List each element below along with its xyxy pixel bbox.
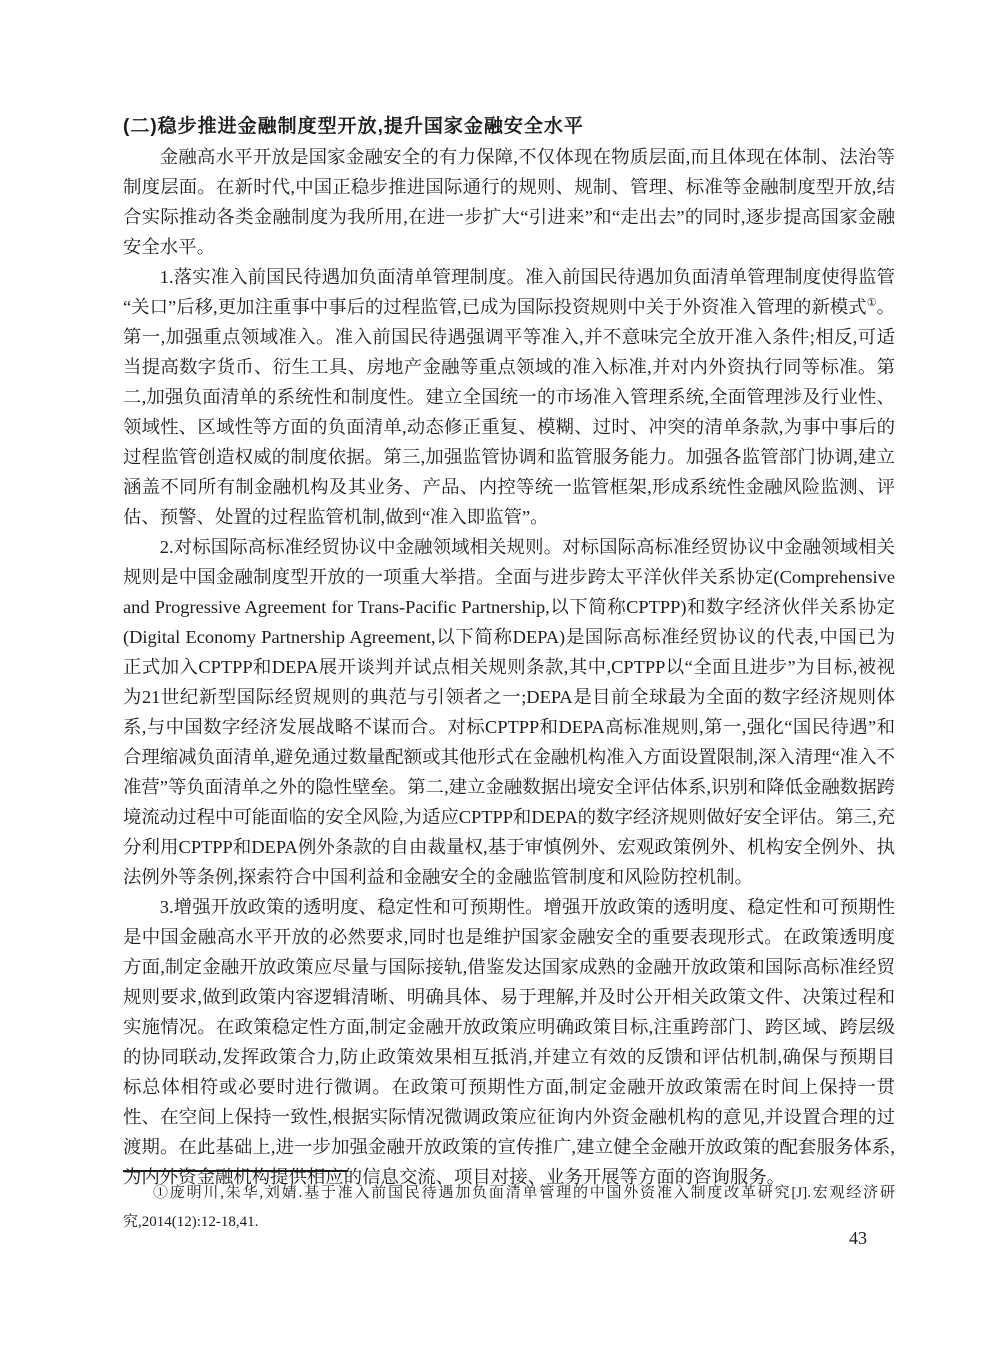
footnote-ref-marker: ①: [867, 297, 877, 309]
paragraph-point-3: 3.增强开放政策的透明度、稳定性和可预期性。增强开放政策的透明度、稳定性和可预期…: [123, 892, 895, 1192]
section-heading: (二)稳步推进金融制度型开放,提升国家金融安全水平: [123, 112, 895, 142]
paragraph-point-2: 2.对标国际高标准经贸协议中金融领域相关规则。对标国际高标准经贸协议中金融领域相…: [123, 532, 895, 892]
paragraph-intro: 金融高水平开放是国家金融安全的有力保障,不仅体现在物质层面,而且体现在体制、法治…: [123, 142, 895, 262]
document-page: (二)稳步推进金融制度型开放,提升国家金融安全水平 金融高水平开放是国家金融安全…: [0, 0, 1000, 1347]
footnote-text: ①庞明川,朱华,刘婧.基于准入前国民待遇加负面清单管理的中国外资准入制度改革研究…: [123, 1179, 895, 1237]
paragraph-point-1-text-before-ref: 1.落实准入前国民待遇加负面清单管理制度。准入前国民待遇加负面清单管理制度使得监…: [123, 267, 895, 317]
paragraph-point-1-text-after-ref: 。第一,加强重点领域准入。准入前国民待遇强调平等准入,并不意味完全放开准入条件;…: [123, 297, 895, 527]
paragraph-point-1: 1.落实准入前国民待遇加负面清单管理制度。准入前国民待遇加负面清单管理制度使得监…: [123, 262, 895, 532]
footnote-section: ①庞明川,朱华,刘婧.基于准入前国民待遇加负面清单管理的中国外资准入制度改革研究…: [123, 1170, 895, 1237]
article-body: (二)稳步推进金融制度型开放,提升国家金融安全水平 金融高水平开放是国家金融安全…: [123, 112, 895, 1192]
page-number: 43: [820, 1228, 896, 1249]
footnote-separator-line: [123, 1170, 348, 1172]
